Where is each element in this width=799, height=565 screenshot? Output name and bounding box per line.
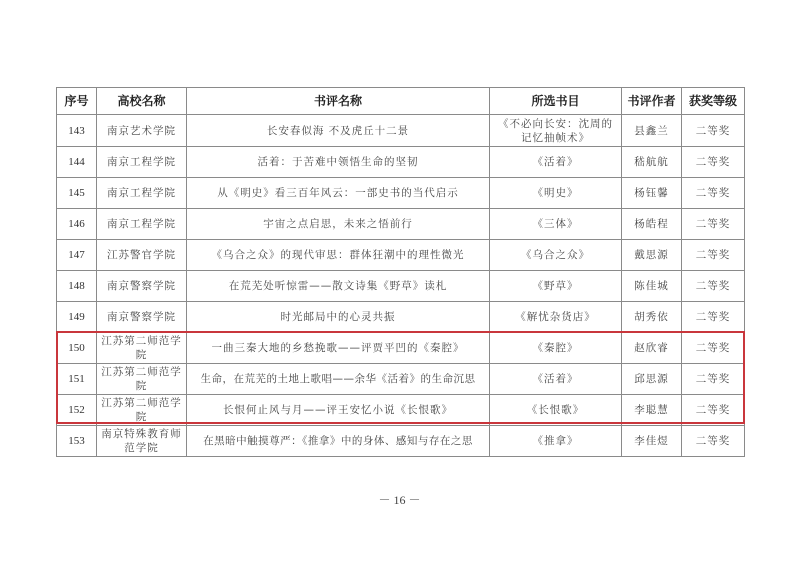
document-page: 序号 高校名称 书评名称 所选书目 书评作者 获奖等级 143 南京艺术学院 长… xyxy=(0,0,799,565)
cell-award-level: 二等奖 xyxy=(682,240,745,271)
cell-review-title: 时光邮局中的心灵共振 xyxy=(187,302,490,333)
cell-selected-book: 《活着》 xyxy=(490,147,622,178)
cell-award-level: 二等奖 xyxy=(682,178,745,209)
cell-school-name: 南京警察学院 xyxy=(97,271,187,302)
cell-award-level: 二等奖 xyxy=(682,147,745,178)
cell-award-level: 二等奖 xyxy=(682,395,745,426)
header-review-title: 书评名称 xyxy=(187,88,490,115)
cell-selected-book: 《推拿》 xyxy=(490,426,622,457)
cell-serial-number: 153 xyxy=(57,426,97,457)
cell-selected-book: 《不必向长安：沈周的记忆抽帧术》 xyxy=(490,115,622,147)
cell-review-author: 李聪慧 xyxy=(622,395,682,426)
cell-selected-book: 《秦腔》 xyxy=(490,333,622,364)
table-row: 145 南京工程学院 从《明史》看三百年风云：一部史书的当代启示 《明史》 杨钰… xyxy=(57,178,745,209)
cell-serial-number: 143 xyxy=(57,115,97,147)
cell-school-name: 江苏第二师范学院 xyxy=(97,333,187,364)
table-row: 146 南京工程学院 宇宙之点启思，未来之悟前行 《三体》 杨皓程 二等奖 xyxy=(57,209,745,240)
cell-award-level: 二等奖 xyxy=(682,209,745,240)
cell-review-author: 李佳煜 xyxy=(622,426,682,457)
table-row: 144 南京工程学院 活着：于苦难中领悟生命的坚韧 《活着》 嵇航航 二等奖 xyxy=(57,147,745,178)
header-review-author: 书评作者 xyxy=(622,88,682,115)
cell-school-name: 江苏第二师范学院 xyxy=(97,364,187,395)
cell-selected-book: 《乌合之众》 xyxy=(490,240,622,271)
cell-school-name: 南京工程学院 xyxy=(97,147,187,178)
table-row-highlighted: 150 江苏第二师范学院 一曲三秦大地的乡愁挽歌——评贾平凹的《秦腔》 《秦腔》… xyxy=(57,333,745,364)
cell-review-title: 一曲三秦大地的乡愁挽歌——评贾平凹的《秦腔》 xyxy=(187,333,490,364)
table-row: 147 江苏警官学院 《乌合之众》的现代审思：群体狂潮中的理性微光 《乌合之众》… xyxy=(57,240,745,271)
cell-serial-number: 152 xyxy=(57,395,97,426)
cell-selected-book: 《长恨歌》 xyxy=(490,395,622,426)
cell-review-title: 宇宙之点启思，未来之悟前行 xyxy=(187,209,490,240)
cell-school-name: 南京工程学院 xyxy=(97,178,187,209)
cell-serial-number: 146 xyxy=(57,209,97,240)
cell-award-level: 二等奖 xyxy=(682,426,745,457)
cell-review-author: 陈佳城 xyxy=(622,271,682,302)
cell-review-author: 县鑫兰 xyxy=(622,115,682,147)
cell-school-name: 江苏第二师范学院 xyxy=(97,395,187,426)
cell-review-title: 长安春似海 不及虎丘十二景 xyxy=(187,115,490,147)
cell-review-title: 活着：于苦难中领悟生命的坚韧 xyxy=(187,147,490,178)
cell-award-level: 二等奖 xyxy=(682,333,745,364)
cell-review-author: 杨钰馨 xyxy=(622,178,682,209)
cell-review-title: 在荒芜处听惊雷——散文诗集《野草》读札 xyxy=(187,271,490,302)
table-row-highlighted: 152 江苏第二师范学院 长恨何止风与月——评王安忆小说《长恨歌》 《长恨歌》 … xyxy=(57,395,745,426)
table-row: 143 南京艺术学院 长安春似海 不及虎丘十二景 《不必向长安：沈周的记忆抽帧术… xyxy=(57,115,745,147)
cell-award-level: 二等奖 xyxy=(682,302,745,333)
cell-review-author: 赵欣睿 xyxy=(622,333,682,364)
cell-review-author: 胡秀依 xyxy=(622,302,682,333)
table-row: 149 南京警察学院 时光邮局中的心灵共振 《解忧杂货店》 胡秀依 二等奖 xyxy=(57,302,745,333)
cell-serial-number: 145 xyxy=(57,178,97,209)
cell-review-author: 嵇航航 xyxy=(622,147,682,178)
awards-table: 序号 高校名称 书评名称 所选书目 书评作者 获奖等级 143 南京艺术学院 长… xyxy=(56,87,745,457)
cell-school-name: 南京艺术学院 xyxy=(97,115,187,147)
cell-school-name: 南京警察学院 xyxy=(97,302,187,333)
cell-selected-book: 《解忧杂货店》 xyxy=(490,302,622,333)
cell-review-title: 生命，在荒芜的土地上歌唱——余华《活着》的生命沉思 xyxy=(187,364,490,395)
table-header-row: 序号 高校名称 书评名称 所选书目 书评作者 获奖等级 xyxy=(57,88,745,115)
cell-serial-number: 151 xyxy=(57,364,97,395)
cell-serial-number: 150 xyxy=(57,333,97,364)
cell-award-level: 二等奖 xyxy=(682,271,745,302)
cell-award-level: 二等奖 xyxy=(682,364,745,395)
table-row-highlighted: 151 江苏第二师范学院 生命，在荒芜的土地上歌唱——余华《活着》的生命沉思 《… xyxy=(57,364,745,395)
header-selected-book: 所选书目 xyxy=(490,88,622,115)
cell-selected-book: 《野草》 xyxy=(490,271,622,302)
cell-award-level: 二等奖 xyxy=(682,115,745,147)
cell-selected-book: 《明史》 xyxy=(490,178,622,209)
cell-serial-number: 147 xyxy=(57,240,97,271)
cell-serial-number: 148 xyxy=(57,271,97,302)
cell-review-author: 戴思源 xyxy=(622,240,682,271)
table-row: 148 南京警察学院 在荒芜处听惊雷——散文诗集《野草》读札 《野草》 陈佳城 … xyxy=(57,271,745,302)
cell-review-title: 长恨何止风与月——评王安忆小说《长恨歌》 xyxy=(187,395,490,426)
header-award-level: 获奖等级 xyxy=(682,88,745,115)
cell-school-name: 南京工程学院 xyxy=(97,209,187,240)
cell-school-name: 南京特殊教育师范学院 xyxy=(97,426,187,457)
header-school-name: 高校名称 xyxy=(97,88,187,115)
cell-selected-book: 《三体》 xyxy=(490,209,622,240)
cell-review-author: 邱思源 xyxy=(622,364,682,395)
cell-review-title: 《乌合之众》的现代审思：群体狂潮中的理性微光 xyxy=(187,240,490,271)
cell-review-title: 在黑暗中触摸尊严：《推拿》中的身体、感知与存在之思 xyxy=(187,426,490,457)
table-row: 153 南京特殊教育师范学院 在黑暗中触摸尊严：《推拿》中的身体、感知与存在之思… xyxy=(57,426,745,457)
cell-school-name: 江苏警官学院 xyxy=(97,240,187,271)
cell-selected-book: 《活着》 xyxy=(490,364,622,395)
page-number: － 16 － xyxy=(0,491,799,508)
cell-review-author: 杨皓程 xyxy=(622,209,682,240)
cell-review-title: 从《明史》看三百年风云：一部史书的当代启示 xyxy=(187,178,490,209)
cell-serial-number: 144 xyxy=(57,147,97,178)
cell-serial-number: 149 xyxy=(57,302,97,333)
header-serial-number: 序号 xyxy=(57,88,97,115)
